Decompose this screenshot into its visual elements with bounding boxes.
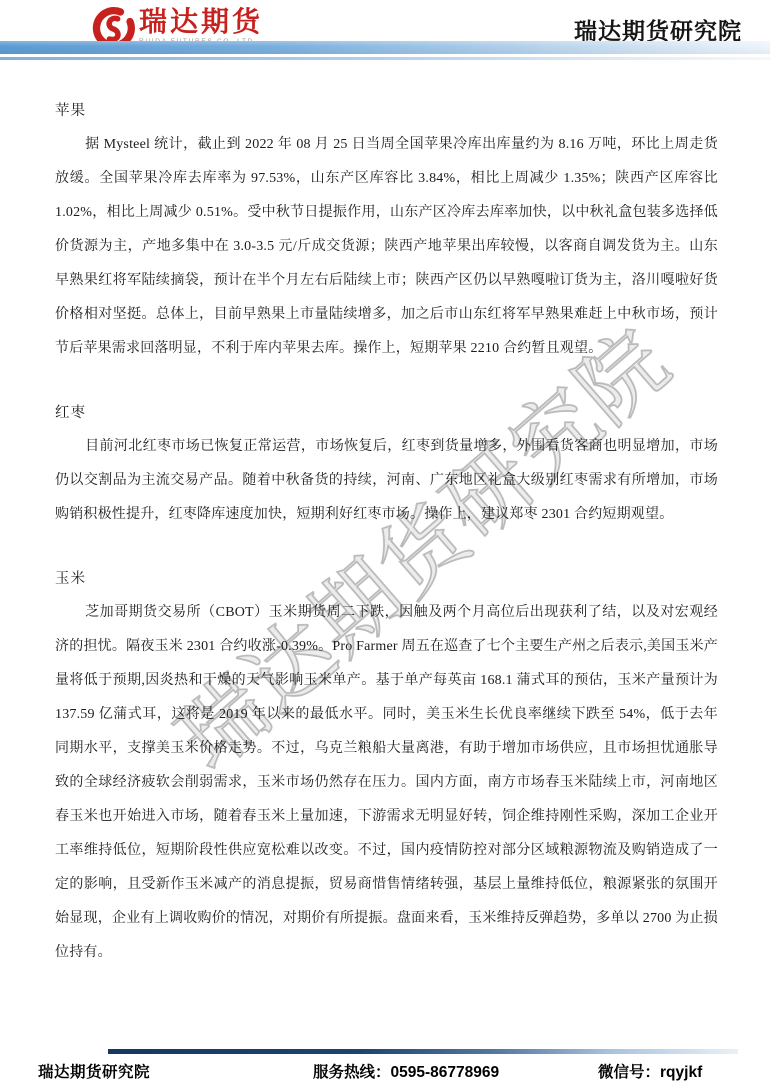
footer-hotline-label: 服务热线：	[313, 1064, 391, 1081]
section-apple: 苹果 据 Mysteel 统计，截止到 2022 年 08 月 25 日当周全国…	[55, 100, 718, 366]
section-paragraph-apple: 据 Mysteel 统计，截止到 2022 年 08 月 25 日当周全国苹果冷…	[55, 128, 718, 366]
section-paragraph-jujube: 目前河北红枣市场已恢复正常运营，市场恢复后，红枣到货量增多，外围看货客商也明显增…	[55, 430, 718, 532]
footer-wechat-id: rqyjkf	[660, 1064, 702, 1081]
header-divider-line	[0, 57, 770, 60]
section-heading-jujube: 红枣	[55, 402, 718, 424]
report-body: 苹果 据 Mysteel 统计，截止到 2022 年 08 月 25 日当周全国…	[55, 100, 718, 970]
section-paragraph-corn: 芝加哥期货交易所（CBOT）玉米期货周二下跌，因触及两个月高位后出现获利了结，以…	[55, 596, 718, 970]
section-corn: 玉米 芝加哥期货交易所（CBOT）玉米期货周二下跌，因触及两个月高位后出现获利了…	[55, 568, 718, 970]
section-jujube: 红枣 目前河北红枣市场已恢复正常运营，市场恢复后，红枣到货量增多，外围看货客商也…	[55, 402, 718, 532]
section-heading-corn: 玉米	[55, 568, 718, 590]
logo-text: 瑞达期货 RUIDA FUTURES CO.,LTD.	[139, 6, 263, 45]
header-divider-band	[0, 41, 770, 54]
footer-divider-bar	[108, 1049, 738, 1054]
document-page: 瑞达期货 RUIDA FUTURES CO.,LTD. 瑞达期货研究院 瑞达期货…	[0, 0, 770, 1089]
footer-dept: 瑞达期货研究院	[38, 1060, 150, 1082]
section-heading-apple: 苹果	[55, 100, 718, 122]
footer-wechat: 微信号：rqyjkf	[598, 1060, 702, 1082]
footer-hotline-number: 0595-86778969	[391, 1064, 500, 1081]
footer-wechat-label: 微信号：	[598, 1064, 660, 1081]
brand-name-cn: 瑞达期货	[139, 6, 263, 38]
footer-hotline: 服务热线：0595-86778969	[313, 1060, 499, 1082]
